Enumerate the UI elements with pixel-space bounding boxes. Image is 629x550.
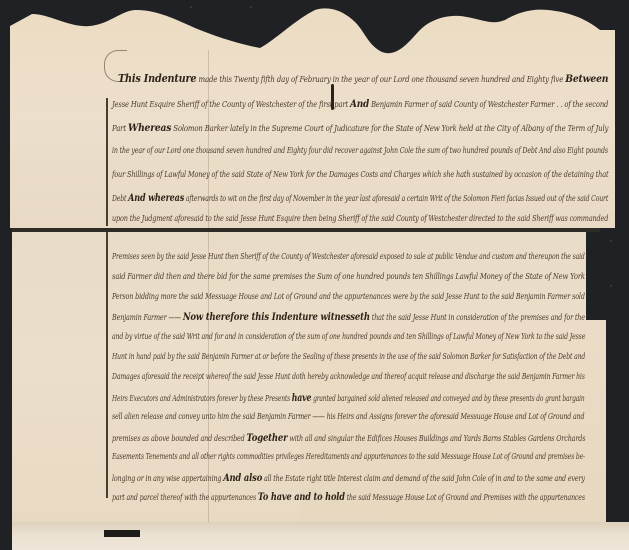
emphasis-word: have [292,392,312,404]
text-line-19: longing or in any wise appertaining And … [112,472,585,484]
text-line-15: Heirs Executors and Administrators forev… [112,392,585,404]
left-margin-rule [106,232,108,498]
text-line-7: upon the Judgment aforesaid to the said … [112,214,608,223]
line-text: Solomon Barker lately in the Supreme Cou… [171,124,608,133]
line-text: sell alien release and convey unto him t… [112,412,584,421]
text-line-4: in the year of our Lord one thousand sev… [112,146,608,155]
line-text: Premises seen by the said Jesse Hunt the… [112,252,585,261]
emphasis-word: Between [565,73,608,85]
line-text: the said Messuage House Lot of Ground an… [345,493,585,502]
line-text: Debt [112,194,128,203]
line-text: with all and singular the Edifices House… [287,434,585,443]
text-line-13: Hunt in hand paid by the said Benjamin F… [112,352,585,361]
emphasis-phrase: Now therefore this Indenture witnesseth [183,311,370,323]
line-text: longing or in any wise appertaining [112,474,223,483]
text-line-1: This Indenture made this Twenty fifth da… [118,72,608,85]
line-text: in the year of our Lord one thousand sev… [112,146,608,155]
background-dot [610,285,612,287]
emphasis-phrase: And also [223,472,262,484]
line-text: Benjamin Farmer of said County of Westch… [369,100,608,109]
text-line-20: part and parcel thereof with the appurte… [112,491,585,503]
emphasis-word: Together [247,432,288,444]
background-dot [610,240,612,242]
line-text: Damages aforesaid the receipt whereof th… [112,372,585,381]
text-line-16: sell alien release and convey unto him t… [112,412,584,421]
line-text: granted bargained sold aliened released … [311,394,584,403]
text-line-10: Person bidding more the said Messuage Ho… [112,292,585,301]
line-text: Benjamin Farmer —— [112,313,183,322]
text-line-18: Easements Tenements and all other rights… [112,452,585,461]
text-line-8: Premises seen by the said Jesse Hunt the… [112,252,585,261]
line-text: all the Estate right title Interest clai… [262,474,585,483]
line-text: Part [112,124,128,133]
text-line-9: said Farmer did then and there bid for t… [112,272,585,281]
text-line-6: Debt And whereas afterwards to wit on th… [112,192,608,204]
line-text: Jesse Hunt Esquire Sheriff of the County… [112,100,350,109]
line-text: four Shillings of Lawful Money of the sa… [112,170,608,179]
line-text: premises as above bounded and described [112,434,247,443]
emphasis-word: And [350,98,369,110]
line-text: part and parcel thereof with the appurte… [112,493,258,502]
line-text: made this Twenty fifth day of February i… [196,75,565,84]
text-line-3: Part Whereas Solomon Barker lately in th… [112,122,608,134]
emphasis-phrase: To have and to hold [258,491,345,503]
text-line-12: and by virtue of the said Writ and for a… [112,332,585,341]
line-text: afterwards to wit on the first day of No… [184,194,608,203]
line-text: Heirs Executors and Administrators forev… [112,394,292,403]
text-line-2: Jesse Hunt Esquire Sheriff of the County… [112,98,608,110]
mounting-tape [104,530,140,537]
line-text: Easements Tenements and all other rights… [112,452,585,461]
emphasis-word: And whereas [128,192,184,204]
text-line-11: Benjamin Farmer —— Now therefore this In… [112,311,585,323]
line-text: said Farmer did then and there bid for t… [112,272,585,281]
line-text: upon the Judgment aforesaid to the said … [112,214,608,223]
line-text: Hunt in hand paid by the said Benjamin F… [112,352,585,361]
left-margin-rule [106,98,108,226]
line-text: Person bidding more the said Messuage Ho… [112,292,585,301]
emphasis-word: Whereas [128,122,171,134]
line-text: and by virtue of the said Writ and for a… [112,332,585,341]
text-line-5: four Shillings of Lawful Money of the sa… [112,170,608,179]
text-line-14: Damages aforesaid the receipt whereof th… [112,372,585,381]
text-line-17: premises as above bounded and described … [112,432,585,444]
opening-words: This Indenture [118,72,196,85]
line-text: that the said Jesse Hunt in consideratio… [370,313,585,322]
